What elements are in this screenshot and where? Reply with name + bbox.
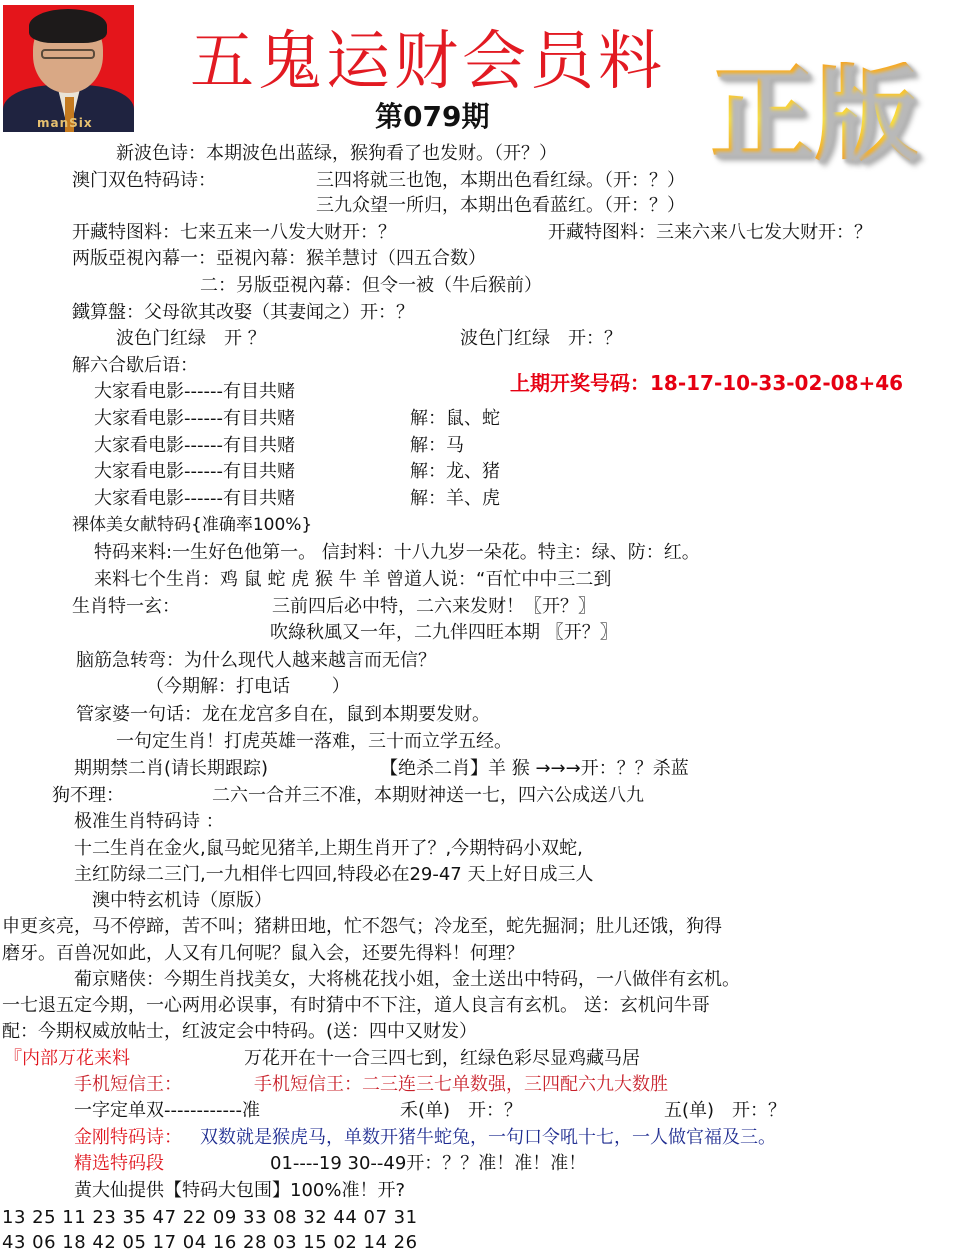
last-draw-numbers: 上期开奖号码：18-17-10-33-02-08+46 — [510, 371, 903, 395]
casino-hero-line-3: 配：今期权威放帖士，红波定会中特码。(送：四中又财发） — [2, 1021, 477, 1043]
page-title: 五鬼运财会员料 — [190, 30, 666, 94]
zodiac-mystery-line-1: 三前四后必中特，二六来发财！〖开？〗 — [272, 596, 596, 618]
goubuli-text: 二六一合并三不准，本期财神送一七，四六公成送八九 — [212, 785, 644, 807]
riddle-question: 大家看电影------有目共赌 — [94, 408, 295, 430]
macau-poem-line-1: 三四将就三也饱，本期出色看红绿。（开：？） — [316, 170, 685, 192]
brain-teaser: 脑筋急转弯：为什么现代人越来越言而无信？ — [76, 650, 436, 672]
zodiac-mystery-line-2: 吹綠秋風又一年，二九伴四旺本期 〖开？〗 — [270, 622, 618, 644]
internal-flowers-text: 万花开在十一合三四七到，红绿色彩尽显鸡藏马居 — [244, 1048, 640, 1070]
sms-king-text: 手机短信王：二三连三七单数强，三四配六九大数胜 — [254, 1074, 668, 1096]
riddle-question: 大家看电影------有目共赌 — [94, 381, 295, 403]
special-code-heading: 裸体美女献特码{准确率100%} — [72, 514, 312, 536]
internal-flowers-label: 『内部万花来料 — [4, 1048, 130, 1070]
riddle-question: 大家看电影------有目共赌 — [94, 461, 295, 483]
riddle-heading: 解六合歇后语： — [72, 355, 198, 377]
casino-hero-line-1: 葡京赌侠：今期生肖找美女，大将桃花找小姐，金土送出中特码，一八做伴有玄机。 — [74, 969, 740, 991]
portrait-photo: manSix — [3, 5, 134, 132]
authentic-badge: 正版 — [710, 62, 918, 166]
riddle-question: 大家看电影------有目共赌 — [94, 488, 295, 510]
seven-zodiacs: 来料七个生肖：鸡 鼠 蛇 虎 猴 牛 羊 曾道人说：“百忙中中三二到 — [94, 569, 611, 591]
zodiac-mystery-label: 生肖特一玄： — [72, 596, 180, 618]
big-surround-heading: 黄大仙提供【特码大包围】100%准！开? — [74, 1180, 405, 1202]
issue-number: 第079期 — [375, 103, 489, 131]
selected-range-label: 精选特码段 — [74, 1153, 164, 1175]
number-row-2: 43 06 18 42 05 17 04 16 28 03 15 02 14 2… — [2, 1232, 418, 1254]
kill-two-zodiacs: 【绝杀二肖】羊 猴 →→→开：？？杀蓝 — [380, 758, 689, 780]
banned-zodiacs-label: 期期禁二肖(请长期跟踪) — [74, 758, 268, 780]
wave-gate-2: 波色门红绿 开：？ — [460, 328, 622, 350]
hidden-picture-clue-2: 开藏特图料：三来六来八七发大财开：？ — [548, 222, 872, 244]
zodiac-poem-line-2: 主红防绿二三门,一九相伴七四回,特段必在29-47 天上好日成三人 — [74, 864, 593, 886]
riddle-question: 大家看电影------有目共赌 — [94, 435, 295, 457]
wave-gate-1: 波色门红绿 开 ？ — [116, 328, 266, 350]
odd-even-label: 一字定单双------------准 — [74, 1100, 260, 1122]
riddle-answer: 解：羊、虎 — [410, 488, 500, 510]
hidden-picture-clue-1: 开藏特图料：七来五来一八发大财开：？ — [72, 222, 396, 244]
selected-range-text: 01----19 30--49开：？？准！准！准！ — [270, 1153, 586, 1175]
riddle-answer: 解：马 — [410, 435, 464, 457]
atv-insider-1: 两版亞視內幕一：亞視內幕：猴羊慧讨（四五合数） — [72, 248, 486, 270]
odd-even-pick-2: 五(单) 开：？ — [664, 1100, 786, 1122]
portrait-hair — [29, 9, 107, 43]
riddle-answer: 解：鼠、蛇 — [410, 408, 500, 430]
mystery-poem-line-1: 申更亥亮，马不停蹄，苦不叫；猪耕田地，忙不怨气；冷龙至，蛇先掘洞；肚儿还饿，狗得 — [2, 916, 722, 938]
goubuli-label: 狗不理： — [52, 785, 124, 807]
atv-insider-2: 二：另版亞視內幕：但令一被（牛后猴前） — [200, 275, 542, 297]
sms-king-label: 手机短信王： — [74, 1074, 182, 1096]
brain-teaser-answer: （今期解：打电话 ） — [146, 676, 350, 698]
zodiac-poem-line-1: 十二生肖在金火,鼠马蛇见猪羊,上期生肖开了？,今期特码小双蛇, — [74, 838, 583, 860]
odd-even-pick-1: 禾(单) 开：？ — [400, 1100, 522, 1122]
number-row-1: 13 25 11 23 35 47 22 09 33 08 32 44 07 3… — [2, 1207, 418, 1229]
mystery-poem-line-2: 磨牙。百兽况如此，人又有几何呢？鼠入会，还要先得料！何理？ — [2, 943, 524, 965]
photo-watermark: manSix — [37, 116, 93, 130]
diamond-poem-label: 金刚特码诗： — [74, 1127, 182, 1149]
one-sentence-zodiac: 一句定生肖！打虎英雄一落难，三十而立学五经。 — [116, 731, 512, 753]
portrait-glasses — [41, 49, 95, 59]
iron-abacus: 鐵算盤：父母欲其改娶（其妻闻之）开：？ — [72, 302, 414, 324]
macau-poem-line-2: 三九众望一所归，本期出色看蓝红。（开：？） — [316, 195, 685, 217]
casino-hero-line-2: 一七退五定今期，一心两用必误事，有时猜中不下注，道人良言有玄机。 送：玄机问牛哥 — [2, 995, 710, 1017]
wave-color-poem: 新波色诗：本期波色出蓝绿，猴狗看了也发财。（开？） — [116, 143, 557, 165]
housekeeper-saying: 管家婆一句话：龙在龙宫多自在，鼠到本期要发财。 — [76, 704, 490, 726]
diamond-poem-text: 双数就是猴虎马，单数开猪牛蛇兔，一句口令吼十七，一人做官福及三。 — [200, 1127, 776, 1149]
zodiac-poem-heading: 极准生肖特码诗 ： — [74, 811, 224, 833]
mystery-poem-heading: 澳中特玄机诗（原版） — [92, 890, 272, 912]
special-code-source: 特码来料:一生好色他第一。 信封料：十八九岁一朵花。特主：绿、防：红。 — [94, 542, 700, 564]
macau-poem-label: 澳门双色特码诗： — [72, 170, 216, 192]
riddle-answer: 解：龙、猪 — [410, 461, 500, 483]
